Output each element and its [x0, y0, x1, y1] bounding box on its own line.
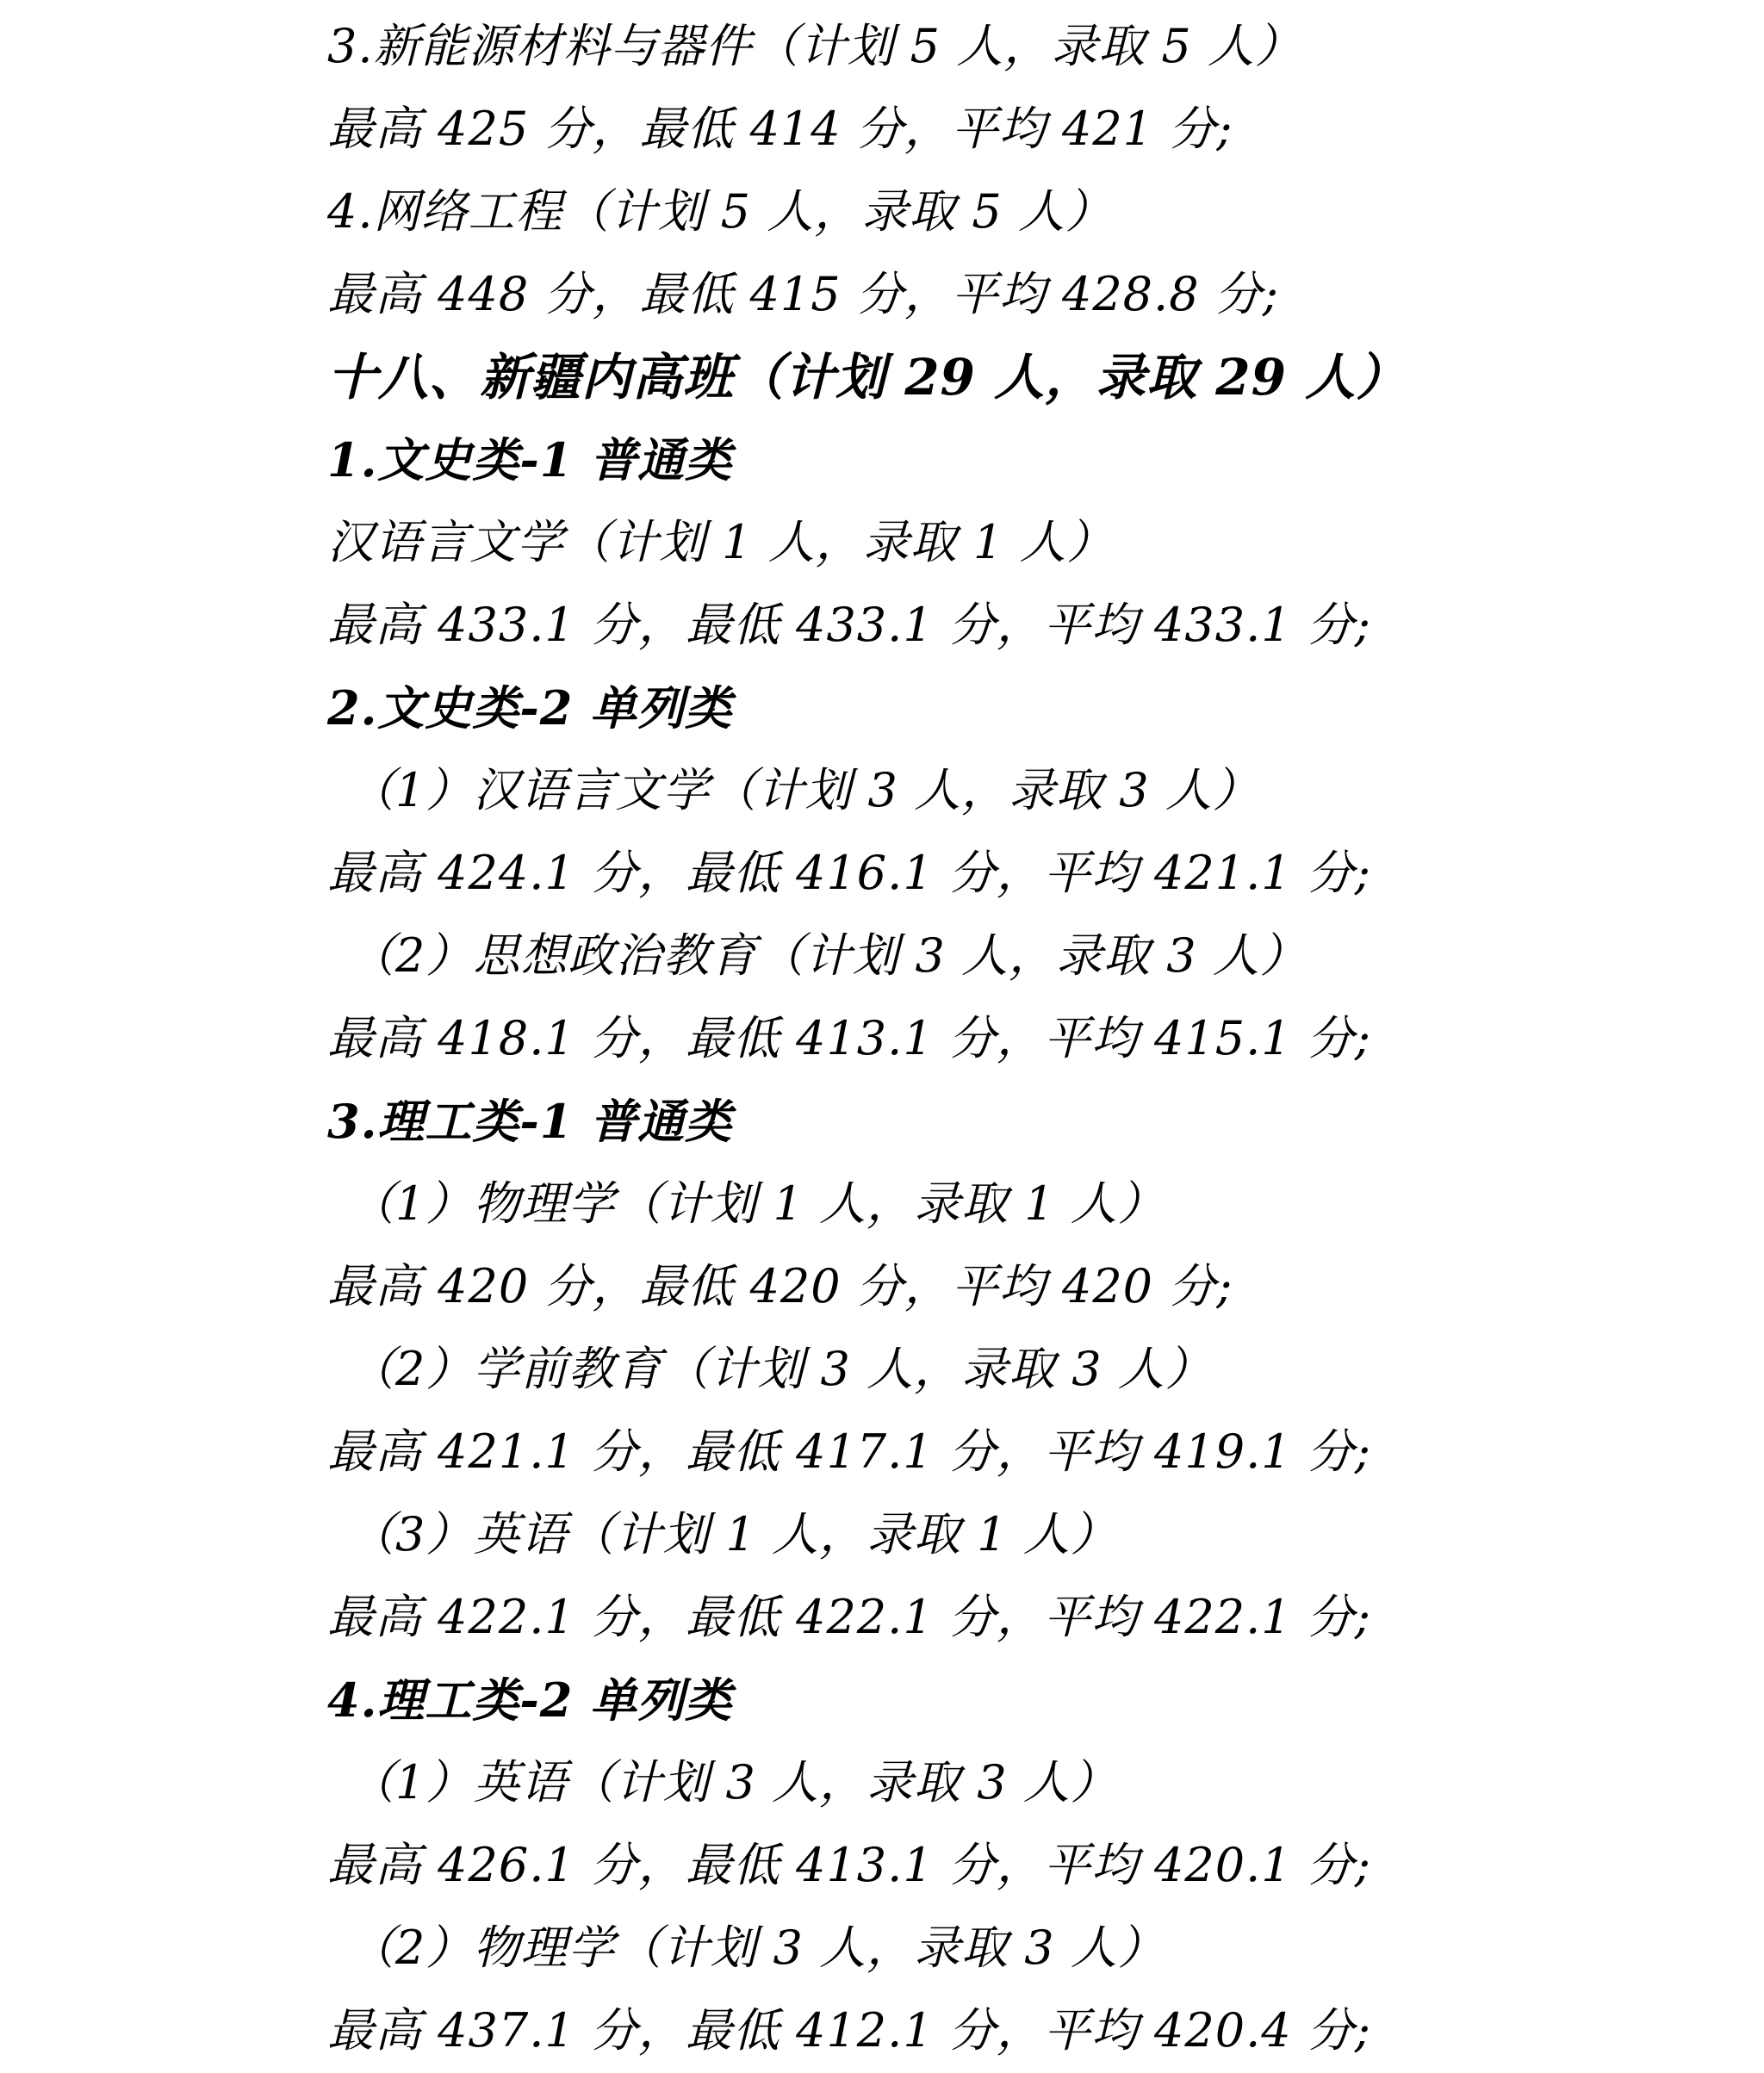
document-line: 最高 448 分，最低 415 分，平均 428.8 分; — [327, 253, 1712, 336]
document-line: （1）汉语言文学（计划 3 人，录取 3 人） — [327, 749, 1712, 832]
document-page: 3.新能源材料与器件（计划 5 人，录取 5 人）最高 425 分，最低 414… — [0, 0, 1764, 2073]
document-line: 最高 418.1 分，最低 413.1 分，平均 415.1 分; — [327, 997, 1712, 1080]
document-line: （2）物理学（计划 3 人，录取 3 人） — [327, 1907, 1712, 1989]
document-line: 汉语言文学（计划 1 人，录取 1 人） — [327, 501, 1712, 584]
document-line: （2）学前教育（计划 3 人，录取 3 人） — [327, 1328, 1712, 1411]
document-line: 4.理工类-2 单列类 — [327, 1659, 1712, 1741]
document-line: 最高 426.1 分，最低 413.1 分，平均 420.1 分; — [327, 1824, 1712, 1907]
document-line: 最高 425 分，最低 414 分，平均 421 分; — [327, 88, 1712, 171]
document-line: 4.网络工程（计划 5 人，录取 5 人） — [327, 171, 1712, 253]
document-line: （1）物理学（计划 1 人，录取 1 人） — [327, 1163, 1712, 1245]
document-line: 最高 421.1 分，最低 417.1 分，平均 419.1 分; — [327, 1411, 1712, 1493]
document-line: 最高 424.1 分，最低 416.1 分，平均 421.1 分; — [327, 832, 1712, 915]
document-line: 最高 422.1 分，最低 422.1 分，平均 422.1 分; — [327, 1576, 1712, 1659]
document-line: 3.理工类-1 普通类 — [327, 1080, 1712, 1163]
document-line: 最高 420 分，最低 420 分，平均 420 分; — [327, 1245, 1712, 1328]
document-line: 十八、新疆内高班（计划 29 人，录取 29 人） — [327, 336, 1712, 419]
document-line: 1.文史类-1 普通类 — [327, 419, 1712, 501]
document-line: 2.文史类-2 单列类 — [327, 667, 1712, 749]
document-line: 最高 433.1 分，最低 433.1 分，平均 433.1 分; — [327, 584, 1712, 667]
document-line: （1）英语（计划 3 人，录取 3 人） — [327, 1741, 1712, 1824]
document-line: （2）思想政治教育（计划 3 人，录取 3 人） — [327, 915, 1712, 997]
document-line: （3）英语（计划 1 人，录取 1 人） — [327, 1493, 1712, 1576]
document-body: 3.新能源材料与器件（计划 5 人，录取 5 人）最高 425 分，最低 414… — [327, 5, 1712, 2072]
document-line: 3.新能源材料与器件（计划 5 人，录取 5 人） — [327, 5, 1712, 88]
document-line: 最高 437.1 分，最低 412.1 分，平均 420.4 分; — [327, 1989, 1712, 2072]
